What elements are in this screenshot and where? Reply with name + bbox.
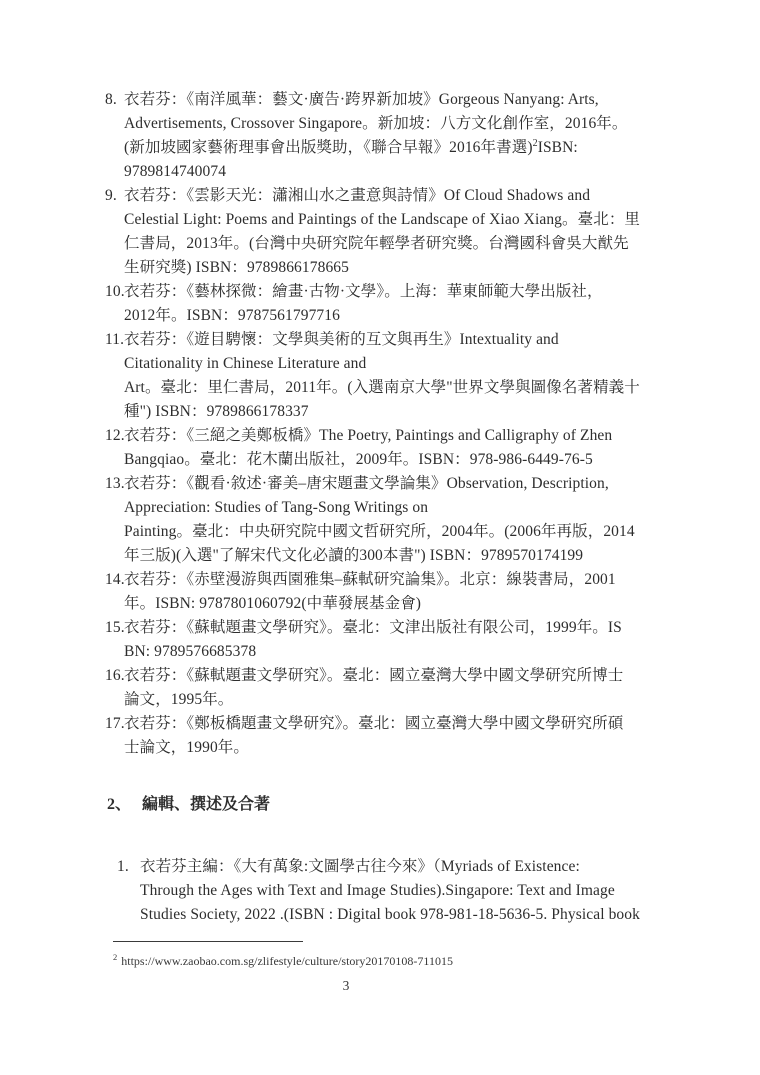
edited-works-list: 1.衣若芬主編：《大有萬象:文圖學古往今來》（Myriads of Existe… [104,855,660,927]
list-item-9: 9.衣若芬：《雲影天光：瀟湘山水之畫意與詩情》Of Cloud Shadows … [104,184,660,280]
list-item-8: 8.衣若芬：《南洋風華：藝文·廣告·跨界新加坡》Gorgeous Nanyang… [104,88,660,184]
item-number: 16. [105,664,125,688]
page-content: 8.衣若芬：《南洋風華：藝文·廣告·跨界新加坡》Gorgeous Nanyang… [104,88,660,927]
item-number: 12. [105,424,125,448]
list-item-17: 17.衣若芬：《鄭板橋題畫文學研究》。臺北：國立臺灣大學中國文學研究所碩 士論文… [104,712,660,760]
item-number: 17. [105,712,125,736]
item-text: 衣若芬：《鄭板橋題畫文學研究》。臺北：國立臺灣大學中國文學研究所碩 士論文，19… [124,715,623,756]
item-number: 13. [105,472,125,496]
publications-list: 8.衣若芬：《南洋風華：藝文·廣告·跨界新加坡》Gorgeous Nanyang… [104,88,660,760]
item-text: 衣若芬：《藝林探微：繪畫·古物·文學》。上海：華東師範大學出版社， 2012年。… [124,283,603,324]
footnote: 2https://www.zaobao.com.sg/zlifestyle/cu… [113,949,653,970]
item-text: 衣若芬：《三絕之美鄭板橋》The Poetry, Paintings and C… [124,427,612,468]
item-number: 9. [105,184,117,208]
heading-title: 編輯、撰述及合著 [142,796,270,813]
heading-number: 2、 [107,793,142,817]
item-text: 衣若芬：《蘇軾題畫文學研究》。臺北：文津出版社有限公司，1999年。IS BN:… [124,619,622,660]
item-number: 11. [105,328,124,352]
item-text: 衣若芬：《赤壁漫游與西園雅集–蘇軾研究論集》。北京：線裝書局，2001 年。IS… [124,571,616,612]
item-text: 衣若芬：《遊目騁懷：文學與美術的互文與再生》Intextuality and C… [124,331,640,420]
footnote-url: https://www.zaobao.com.sg/zlifestyle/cul… [121,954,453,968]
list-item-14: 14.衣若芬：《赤壁漫游與西園雅集–蘇軾研究論集》。北京：線裝書局，2001 年… [104,568,660,616]
list-item-1: 1.衣若芬主編：《大有萬象:文圖學古往今來》（Myriads of Existe… [104,855,660,927]
footnote-separator [113,941,303,942]
footnote-area: 2https://www.zaobao.com.sg/zlifestyle/cu… [113,941,653,970]
section-heading: 2、編輯、撰述及合著 [104,793,660,817]
item-text: 衣若芬：《蘇軾題畫文學研究》。臺北：國立臺灣大學中國文學研究所博士 論文，199… [124,667,623,708]
list-item-13: 13.衣若芬：《觀看·敘述·審美–唐宋題畫文學論集》Observation, D… [104,472,660,568]
list-item-10: 10.衣若芬：《藝林探微：繪畫·古物·文學》。上海：華東師範大學出版社， 201… [104,280,660,328]
item-number: 14. [105,568,125,592]
item-number: 1. [117,855,129,879]
page-number: 3 [0,978,692,994]
item-text: 衣若芬：《觀看·敘述·審美–唐宋題畫文學論集》Observation, Desc… [124,475,635,564]
item-number: 10. [105,280,125,304]
item-text: 衣若芬：《雲影天光：瀟湘山水之畫意與詩情》Of Cloud Shadows an… [124,187,640,276]
list-item-16: 16.衣若芬：《蘇軾題畫文學研究》。臺北：國立臺灣大學中國文學研究所博士 論文，… [104,664,660,712]
list-item-15: 15.衣若芬：《蘇軾題畫文學研究》。臺北：文津出版社有限公司，1999年。IS … [104,616,660,664]
list-item-11: 11.衣若芬：《遊目騁懷：文學與美術的互文與再生》Intextuality an… [104,328,660,424]
document-page: 8.衣若芬：《南洋風華：藝文·廣告·跨界新加坡》Gorgeous Nanyang… [0,0,760,1075]
item-number: 8. [105,88,117,112]
item-text: 衣若芬主編：《大有萬象:文圖學古往今來》（Myriads of Existenc… [140,858,640,923]
footnote-marker: 2 [113,952,117,962]
item-number: 15. [105,616,125,640]
list-item-12: 12.衣若芬：《三絕之美鄭板橋》The Poetry, Paintings an… [104,424,660,472]
